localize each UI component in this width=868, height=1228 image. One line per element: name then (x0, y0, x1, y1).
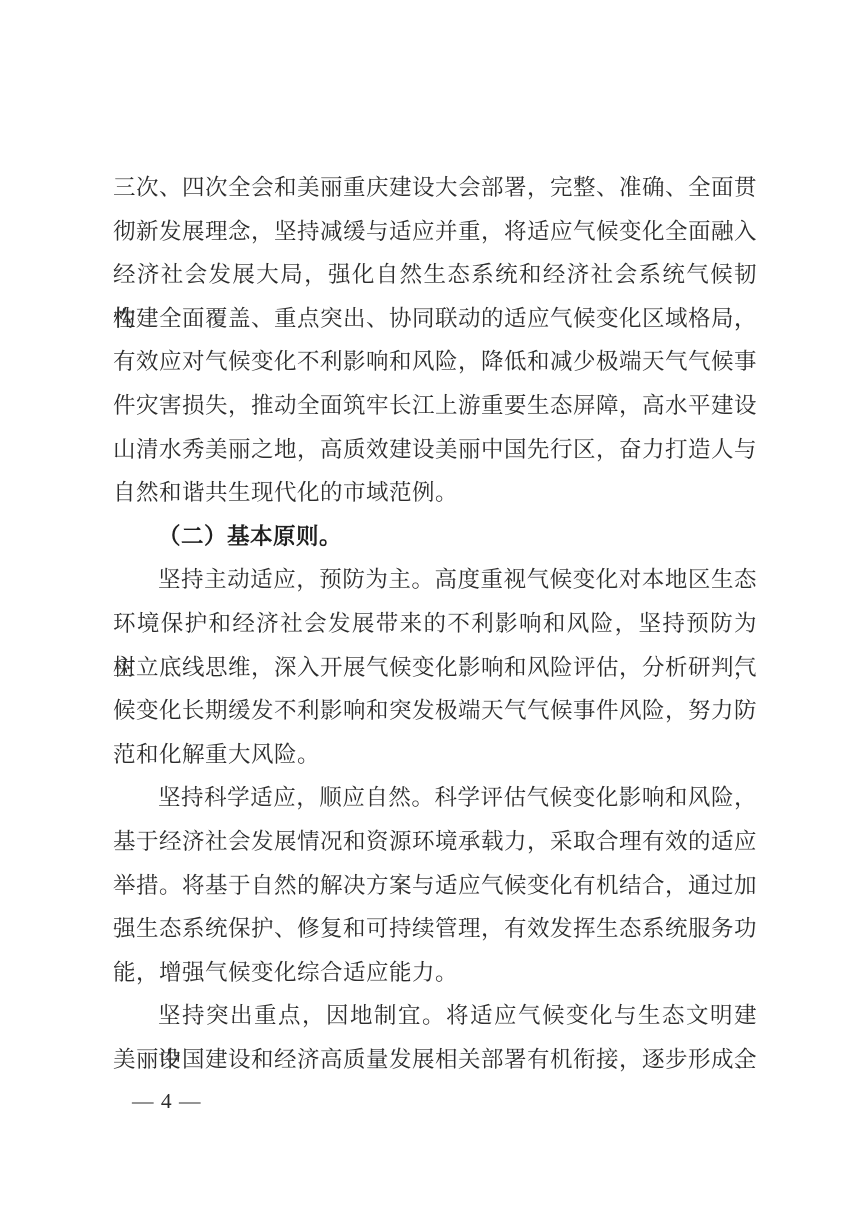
body-line: 三次、四次全会和美丽重庆建设大会部署，完整、准确、全面贯 (113, 166, 757, 210)
section-heading-basic-principles: （二）基本原则。 (113, 515, 757, 559)
body-line: 有效应对气候变化不利影响和风险，降低和减少极端天气气候事 (113, 340, 757, 384)
document-page: 三次、四次全会和美丽重庆建设大会部署，完整、准确、全面贯 彻新发展理念，坚持减缓… (0, 0, 868, 1228)
body-line: 美丽中国建设和经济高质量发展相关部署有机衔接，逐步形成全 (113, 1038, 757, 1082)
document-body: 三次、四次全会和美丽重庆建设大会部署，完整、准确、全面贯 彻新发展理念，坚持减缓… (113, 166, 757, 1081)
body-line: 强生态系统保护、修复和可持续管理，有效发挥生态系统服务功 (113, 907, 757, 951)
body-line: 彻新发展理念，坚持减缓与适应并重，将适应气候变化全面融入 (113, 210, 757, 254)
page-number: — 4 — (132, 1088, 202, 1114)
body-line: 经济社会发展大局，强化自然生态系统和经济社会系统气候韧性， (113, 253, 757, 297)
body-line: 基于经济社会发展情况和资源环境承载力，采取合理有效的适应 (113, 820, 757, 864)
body-line: 构建全面覆盖、重点突出、协同联动的适应气候变化区域格局， (113, 297, 757, 341)
body-line: 山清水秀美丽之地，高质效建设美丽中国先行区，奋力打造人与 (113, 428, 757, 472)
body-line: 候变化长期缓发不利影响和突发极端天气气候事件风险，努力防 (113, 689, 757, 733)
body-line: 件灾害损失，推动全面筑牢长江上游重要生态屏障，高水平建设 (113, 384, 757, 428)
body-line: 坚持突出重点，因地制宜。将适应气候变化与生态文明建设、 (113, 994, 757, 1038)
body-line: 自然和谐共生现代化的市域范例。 (113, 471, 757, 515)
body-line: 能，增强气候变化综合适应能力。 (113, 951, 757, 995)
body-line: 树立底线思维，深入开展气候变化影响和风险评估，分析研判气 (113, 646, 757, 690)
body-line: 范和化解重大风险。 (113, 733, 757, 777)
body-line: 举措。将基于自然的解决方案与适应气候变化有机结合，通过加 (113, 864, 757, 908)
body-line: 坚持科学适应，顺应自然。科学评估气候变化影响和风险， (113, 776, 757, 820)
body-line: 环境保护和经济社会发展带来的不利影响和风险，坚持预防为主， (113, 602, 757, 646)
body-line: 坚持主动适应，预防为主。高度重视气候变化对本地区生态 (113, 558, 757, 602)
